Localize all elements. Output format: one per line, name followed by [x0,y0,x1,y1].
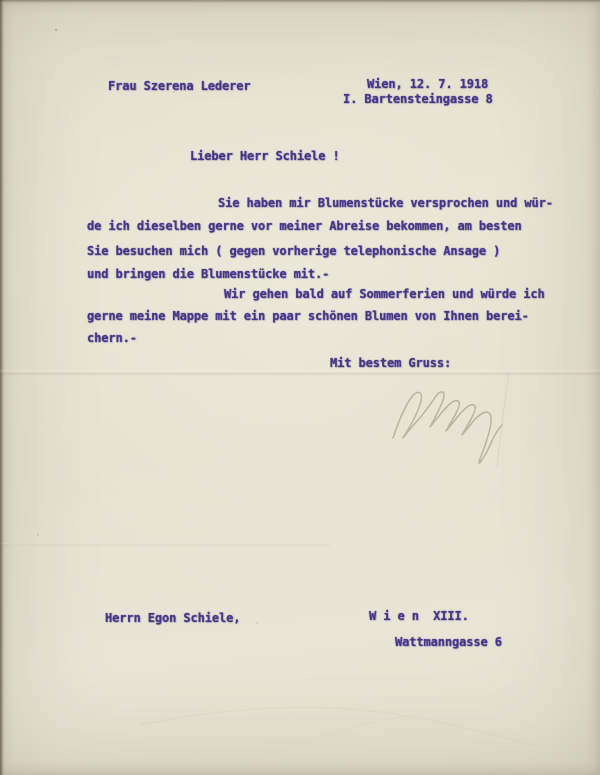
salutation: Lieber Herr Schiele ! [190,149,340,163]
body-line: und bringen die Blumenstücke mit.- [87,267,329,281]
recipient-street: Wattmanngasse 6 [395,635,502,649]
recipient-name: Herrn Egon Schiele, [105,611,240,625]
recipient-city: W i e n XIII. [369,609,469,623]
paper-sheet: Frau Szerena Lederer Wien, 12. 7. 1918 I… [0,0,600,775]
paper-edge-shadow-top [0,0,600,3]
letter-photograph: Frau Szerena Lederer Wien, 12. 7. 1918 I… [0,0,600,775]
place-and-date: Wien, 12. 7. 1918 [367,77,488,91]
sender-address: I. Bartensteingasse 8 [343,92,493,106]
body-line: gerne meine Mappe mit ein paar schönen B… [87,309,529,323]
body-line: Sie haben mir Blumenstücke versprochen u… [218,196,553,210]
sender-name: Frau Szerena Lederer [108,79,251,93]
paper-crease-lines-bottom [120,650,540,760]
body-line: de ich dieselben gerne vor meiner Abreis… [87,219,522,233]
paper-edge-shadow-left [0,0,4,775]
closing-line: Mit bestem Gruss: [330,356,451,370]
fold-crease-horizontal-lower [0,543,330,547]
handwritten-signature-lederer [383,370,535,478]
body-line: chern.- [87,331,137,345]
body-line: Sie besuchen mich ( gegen vorherige tele… [87,244,500,258]
paper-speckles [55,29,57,31]
body-line: Wir gehen bald auf Sommerferien und würd… [224,287,545,301]
